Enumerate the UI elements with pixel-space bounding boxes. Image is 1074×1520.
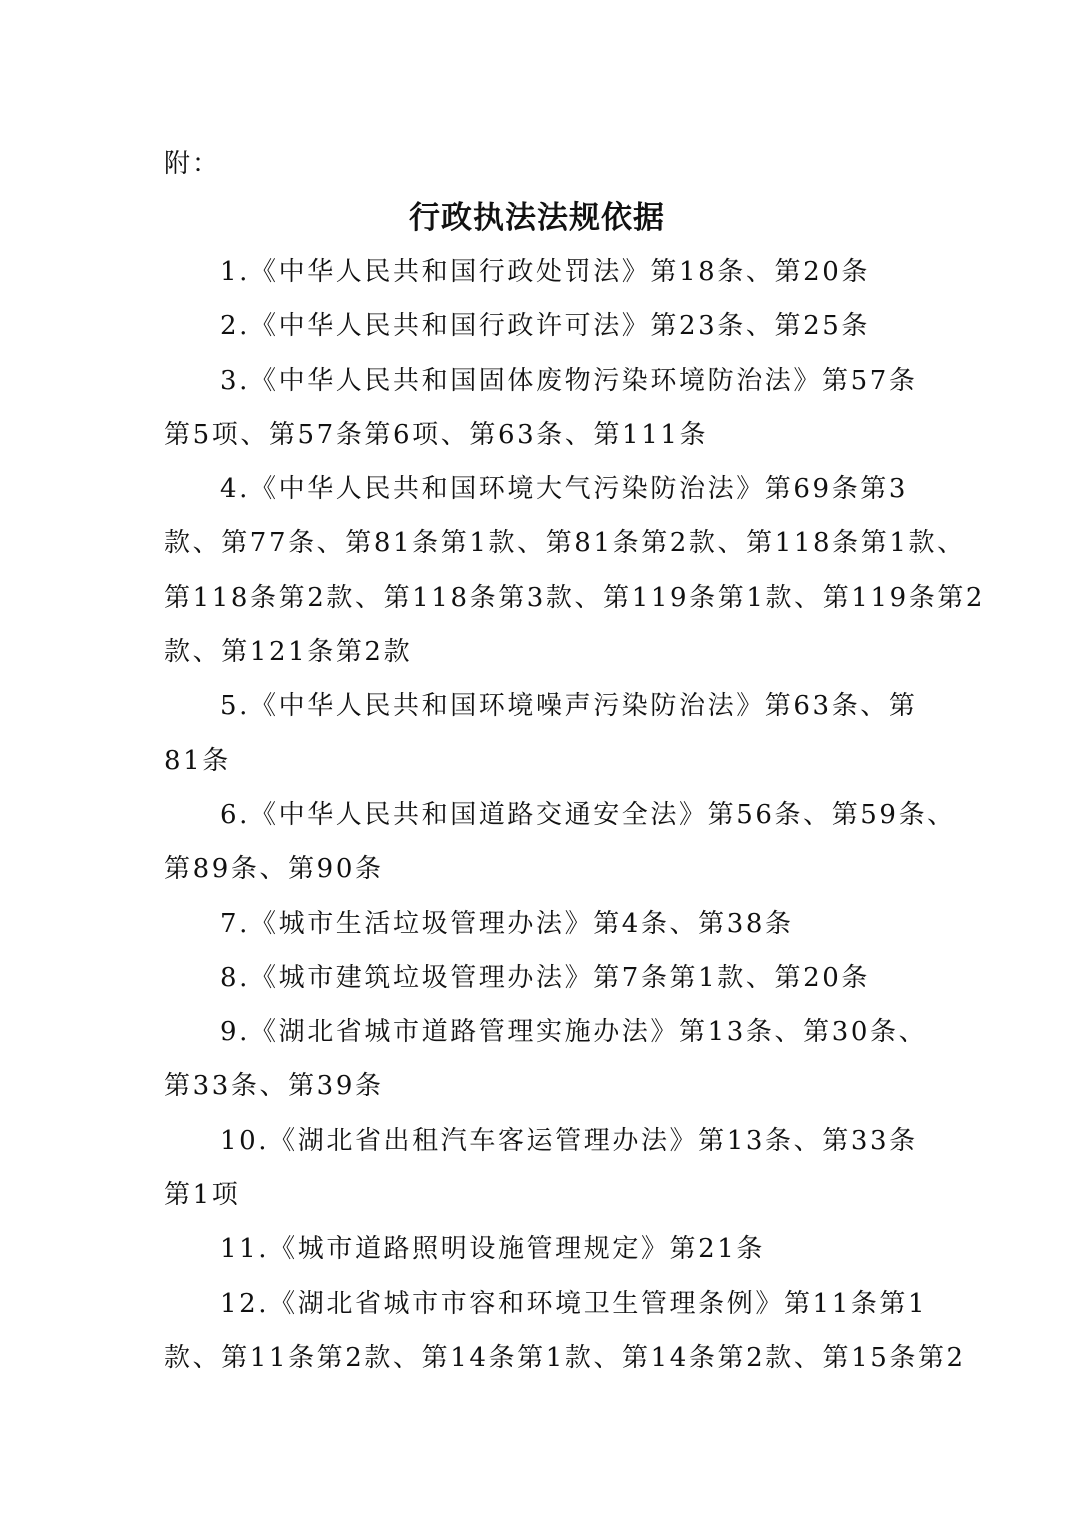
- list-item-7: 7.《城市生活垃圾管理办法》第4条、第38条: [164, 904, 914, 958]
- list-item-2: 2.《中华人民共和国行政许可法》第23条、第25条: [164, 306, 914, 360]
- list-item-4-cont-2: 第118条第2款、第118条第3款、第119条第1款、第119条第2: [164, 578, 914, 632]
- list-item-1: 1.《中华人民共和国行政处罚法》第18条、第20条: [164, 252, 914, 306]
- list-item-4: 4.《中华人民共和国环境大气污染防治法》第69条第3: [164, 469, 914, 523]
- list-item-12: 12.《湖北省城市市容和环境卫生管理条例》第11条第1: [164, 1284, 914, 1338]
- regulation-list: 1.《中华人民共和国行政处罚法》第18条、第20条 2.《中华人民共和国行政许可…: [164, 252, 914, 1392]
- list-item-4-cont-1: 款、第77条、第81条第1款、第81条第2款、第118条第1款、: [164, 523, 914, 577]
- list-item-5: 5.《中华人民共和国环境噪声污染防治法》第63条、第: [164, 686, 914, 740]
- list-item-9: 9.《湖北省城市道路管理实施办法》第13条、第30条、: [164, 1012, 914, 1066]
- list-item-4-cont-3: 款、第121条第2款: [164, 632, 914, 686]
- list-item-9-cont: 第33条、第39条: [164, 1066, 914, 1120]
- list-item-3-cont: 第5项、第57条第6项、第63条、第111条: [164, 415, 914, 469]
- attachment-label: 附：: [164, 146, 220, 182]
- list-item-10: 10.《湖北省出租汽车客运管理办法》第13条、第33条: [164, 1121, 914, 1175]
- list-item-5-cont: 81条: [164, 741, 914, 795]
- list-item-10-cont: 第1项: [164, 1175, 914, 1229]
- list-item-3: 3.《中华人民共和国固体废物污染环境防治法》第57条: [164, 361, 914, 415]
- list-item-6-cont: 第89条、第90条: [164, 849, 914, 903]
- list-item-11: 11.《城市道路照明设施管理规定》第21条: [164, 1229, 914, 1283]
- document-title: 行政执法法规依据: [0, 196, 1074, 240]
- list-item-12-cont: 款、第11条第2款、第14条第1款、第14条第2款、第15条第2: [164, 1338, 914, 1392]
- list-item-8: 8.《城市建筑垃圾管理办法》第7条第1款、第20条: [164, 958, 914, 1012]
- list-item-6: 6.《中华人民共和国道路交通安全法》第56条、第59条、: [164, 795, 914, 849]
- document-page: 附： 行政执法法规依据 1.《中华人民共和国行政处罚法》第18条、第20条 2.…: [0, 0, 1074, 1520]
